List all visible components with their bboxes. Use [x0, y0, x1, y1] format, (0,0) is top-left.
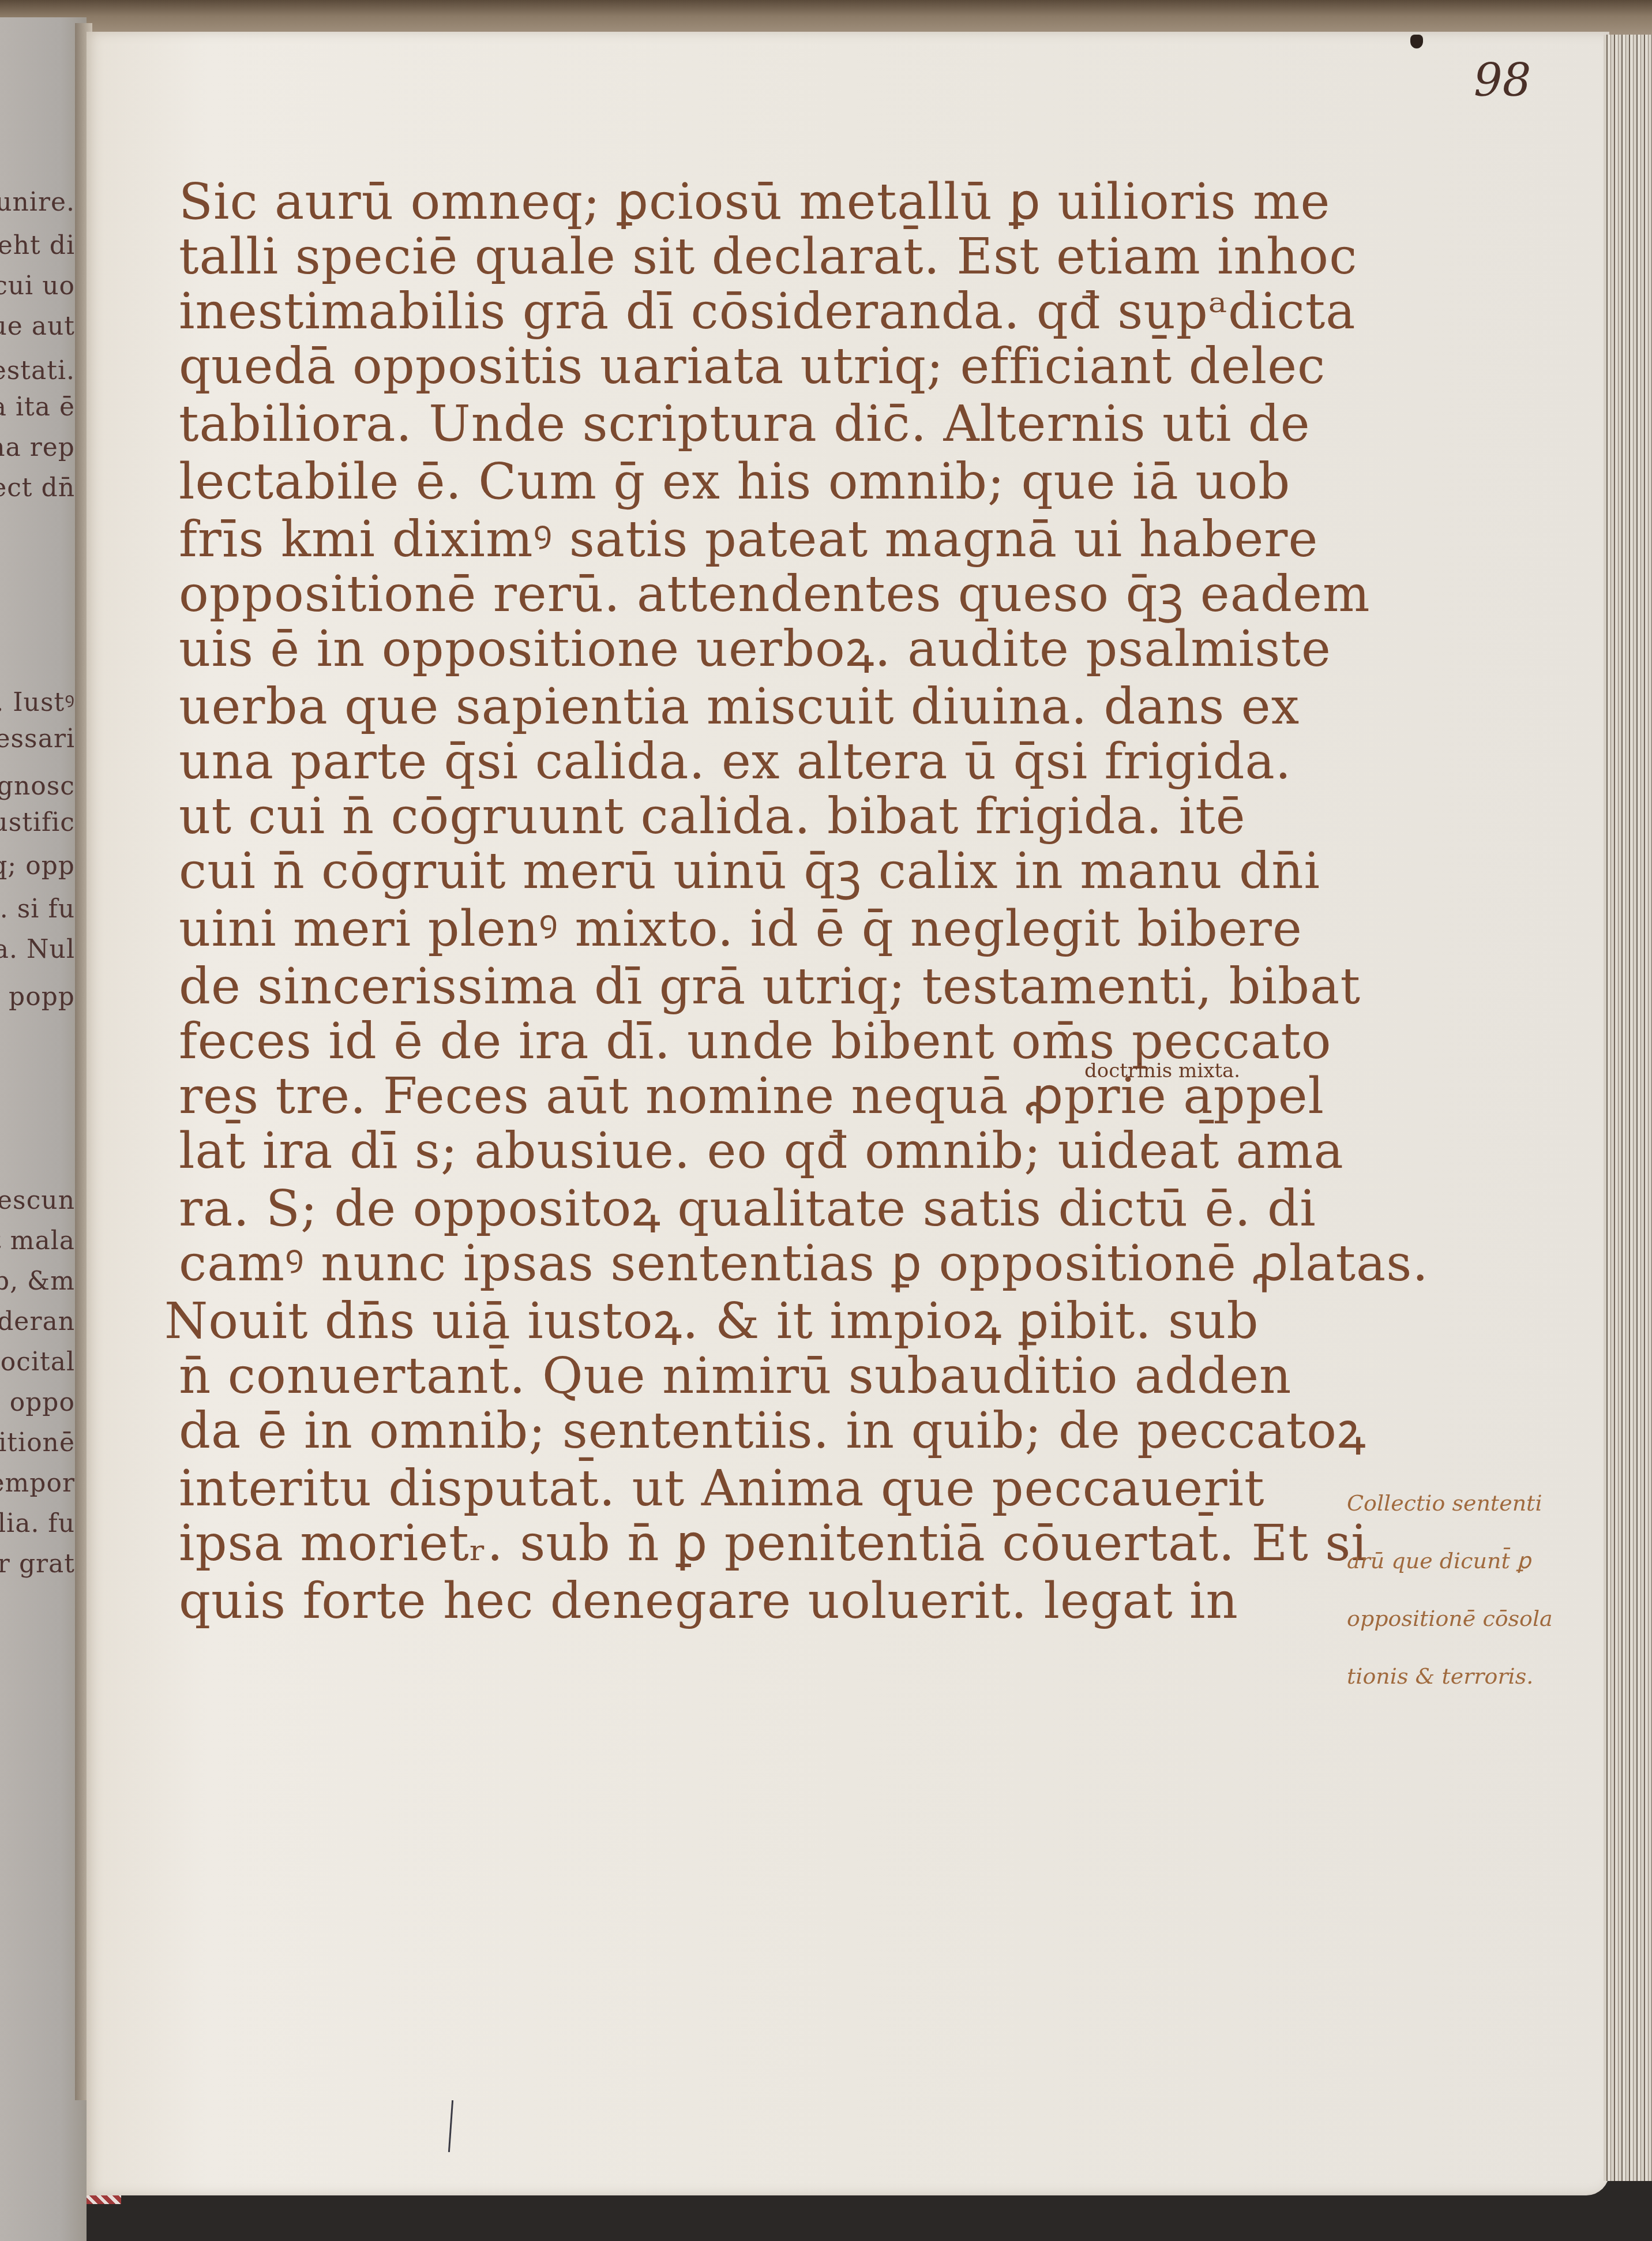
facing-page-line: ꝛ. n̄ popp: [0, 978, 75, 1013]
text-line: camꝰ nunc ipsas sententias ꝑ oppositionē…: [179, 1235, 1429, 1292]
text-line: uerba que sapientia miscuit diuina. dans…: [179, 678, 1300, 736]
marginal-gloss-line: oppositionē cōsola: [1347, 1590, 1601, 1647]
facing-page-line: malia. fu: [0, 1509, 75, 1538]
text-line: lat̄ ira dī s; abusiue. eo qđ omnib; uid…: [179, 1122, 1344, 1180]
facing-page-line: ī. Iustꝰ: [0, 684, 75, 718]
text-line: uini meri plenꝰ mixto. id ē q̄ neglegit …: [179, 900, 1302, 958]
facing-page-line: sitionē: [0, 1428, 75, 1457]
text-line: ut cui n̄ cōgruunt calida. bibat frigida…: [179, 788, 1246, 845]
facing-page-line: tempor: [0, 1468, 75, 1498]
text-line: una parte q̄si calida. ex altera ū q̄si …: [179, 733, 1291, 790]
facing-page-line: que aut: [0, 312, 75, 341]
text-line: cui n̄ cōgruit merū uinū q̄ꝫ calix in ma…: [179, 842, 1320, 900]
facing-page-line: ulta. Nul: [0, 935, 75, 964]
facing-page-line: nꝰ agnosc: [0, 767, 75, 802]
text-line: da ē in omnib; sententiis. in quib; de p…: [179, 1402, 1366, 1460]
text-line: tabiliora. Unde scriptura dic̄. Alternis…: [179, 395, 1311, 453]
text-line: ipsa morietᵣ. sub n̄ ꝑ penitentiā cōuert…: [179, 1515, 1368, 1572]
marginal-gloss-line: Collectio sententi: [1347, 1474, 1601, 1532]
facing-page-line: una rep: [0, 433, 75, 462]
interlinear-gloss: doctrinis mixta.: [1084, 1059, 1240, 1082]
text-line: frīs kmi diximꝰ satis pateat magnā ui ha…: [179, 511, 1318, 568]
facing-page-line: a ita ē: [0, 392, 75, 422]
marginal-gloss-line: tionis & terroris.: [1347, 1647, 1601, 1705]
facing-page-line: cōsideran: [0, 1307, 75, 1336]
text-line: lectabile ē. Cum ḡ ex his omnib; que iā …: [179, 453, 1290, 511]
facing-page-line: ueht di: [0, 231, 75, 260]
facing-page-verso: punire. ueht di r cui uo que aut ꝛtestat…: [0, 17, 87, 2241]
facing-page-line: lescun: [0, 1186, 75, 1215]
text-line: ra. S; de oppositoꝝ qualitate satis dict…: [179, 1180, 1316, 1238]
facing-page-line: erocital: [0, 1347, 75, 1377]
facing-page-line: necessari: [0, 724, 75, 754]
text-line: Sic aurū omneq; ꝑciosū metallū ꝑ uiliori…: [179, 173, 1330, 231]
text-line-with-initial: Nouit dn̄s uiā iustoꝝ. & it impioꝝ ꝑibit…: [164, 1292, 1259, 1350]
text-line: interitu disputat̄. ut Anima que peccaue…: [179, 1460, 1265, 1517]
text-line: quedā oppositis uariata utriq; efficiant…: [179, 338, 1326, 395]
facing-page-line: n iustific: [0, 808, 75, 837]
facing-page-line: t mala: [0, 1226, 75, 1256]
facing-page-line: r cui uo: [0, 271, 75, 301]
text-line: talli speciē quale sit declarat̄. Est et…: [179, 228, 1357, 286]
stacked-page-edges: [1604, 35, 1652, 2181]
ink-blot-mark: [1410, 35, 1423, 48]
text-line: oppositionē rerū. attendentes queso q̄ꝫ …: [179, 565, 1370, 623]
facing-page-line: ē qq; opp: [0, 851, 75, 880]
text-line: n̄ conuertant̄. Que nimirū subauditio ad…: [179, 1347, 1291, 1405]
marginal-gloss: Collectio sententi arū que dicunt̄ ꝑ opp…: [1347, 1474, 1601, 1705]
folio-number: 98: [1474, 55, 1531, 107]
text-line: uis ē in oppositione uerboꝝ. audite psal…: [179, 620, 1331, 678]
facing-page-line: int. si fu: [0, 894, 75, 924]
text-line: de sincerissima dī grā utriq; testamenti…: [179, 958, 1361, 1015]
marginal-gloss-line: arū que dicunt̄ ꝑ: [1347, 1532, 1601, 1590]
text-line: inestimabilis grā dī cōsideranda. qđ sup…: [179, 283, 1356, 340]
facing-page-line: punire.: [0, 188, 75, 217]
facing-page-line: es oppo: [0, 1388, 75, 1417]
facing-page-line: ꝛtestati.: [0, 352, 75, 387]
facing-page-line: rect dn̄: [0, 473, 75, 503]
facing-page-line: cur grat: [0, 1549, 75, 1579]
facing-page-line: ib, &m: [0, 1266, 75, 1296]
text-line: quis forte hec denegare uoluerit. legat …: [179, 1572, 1238, 1630]
